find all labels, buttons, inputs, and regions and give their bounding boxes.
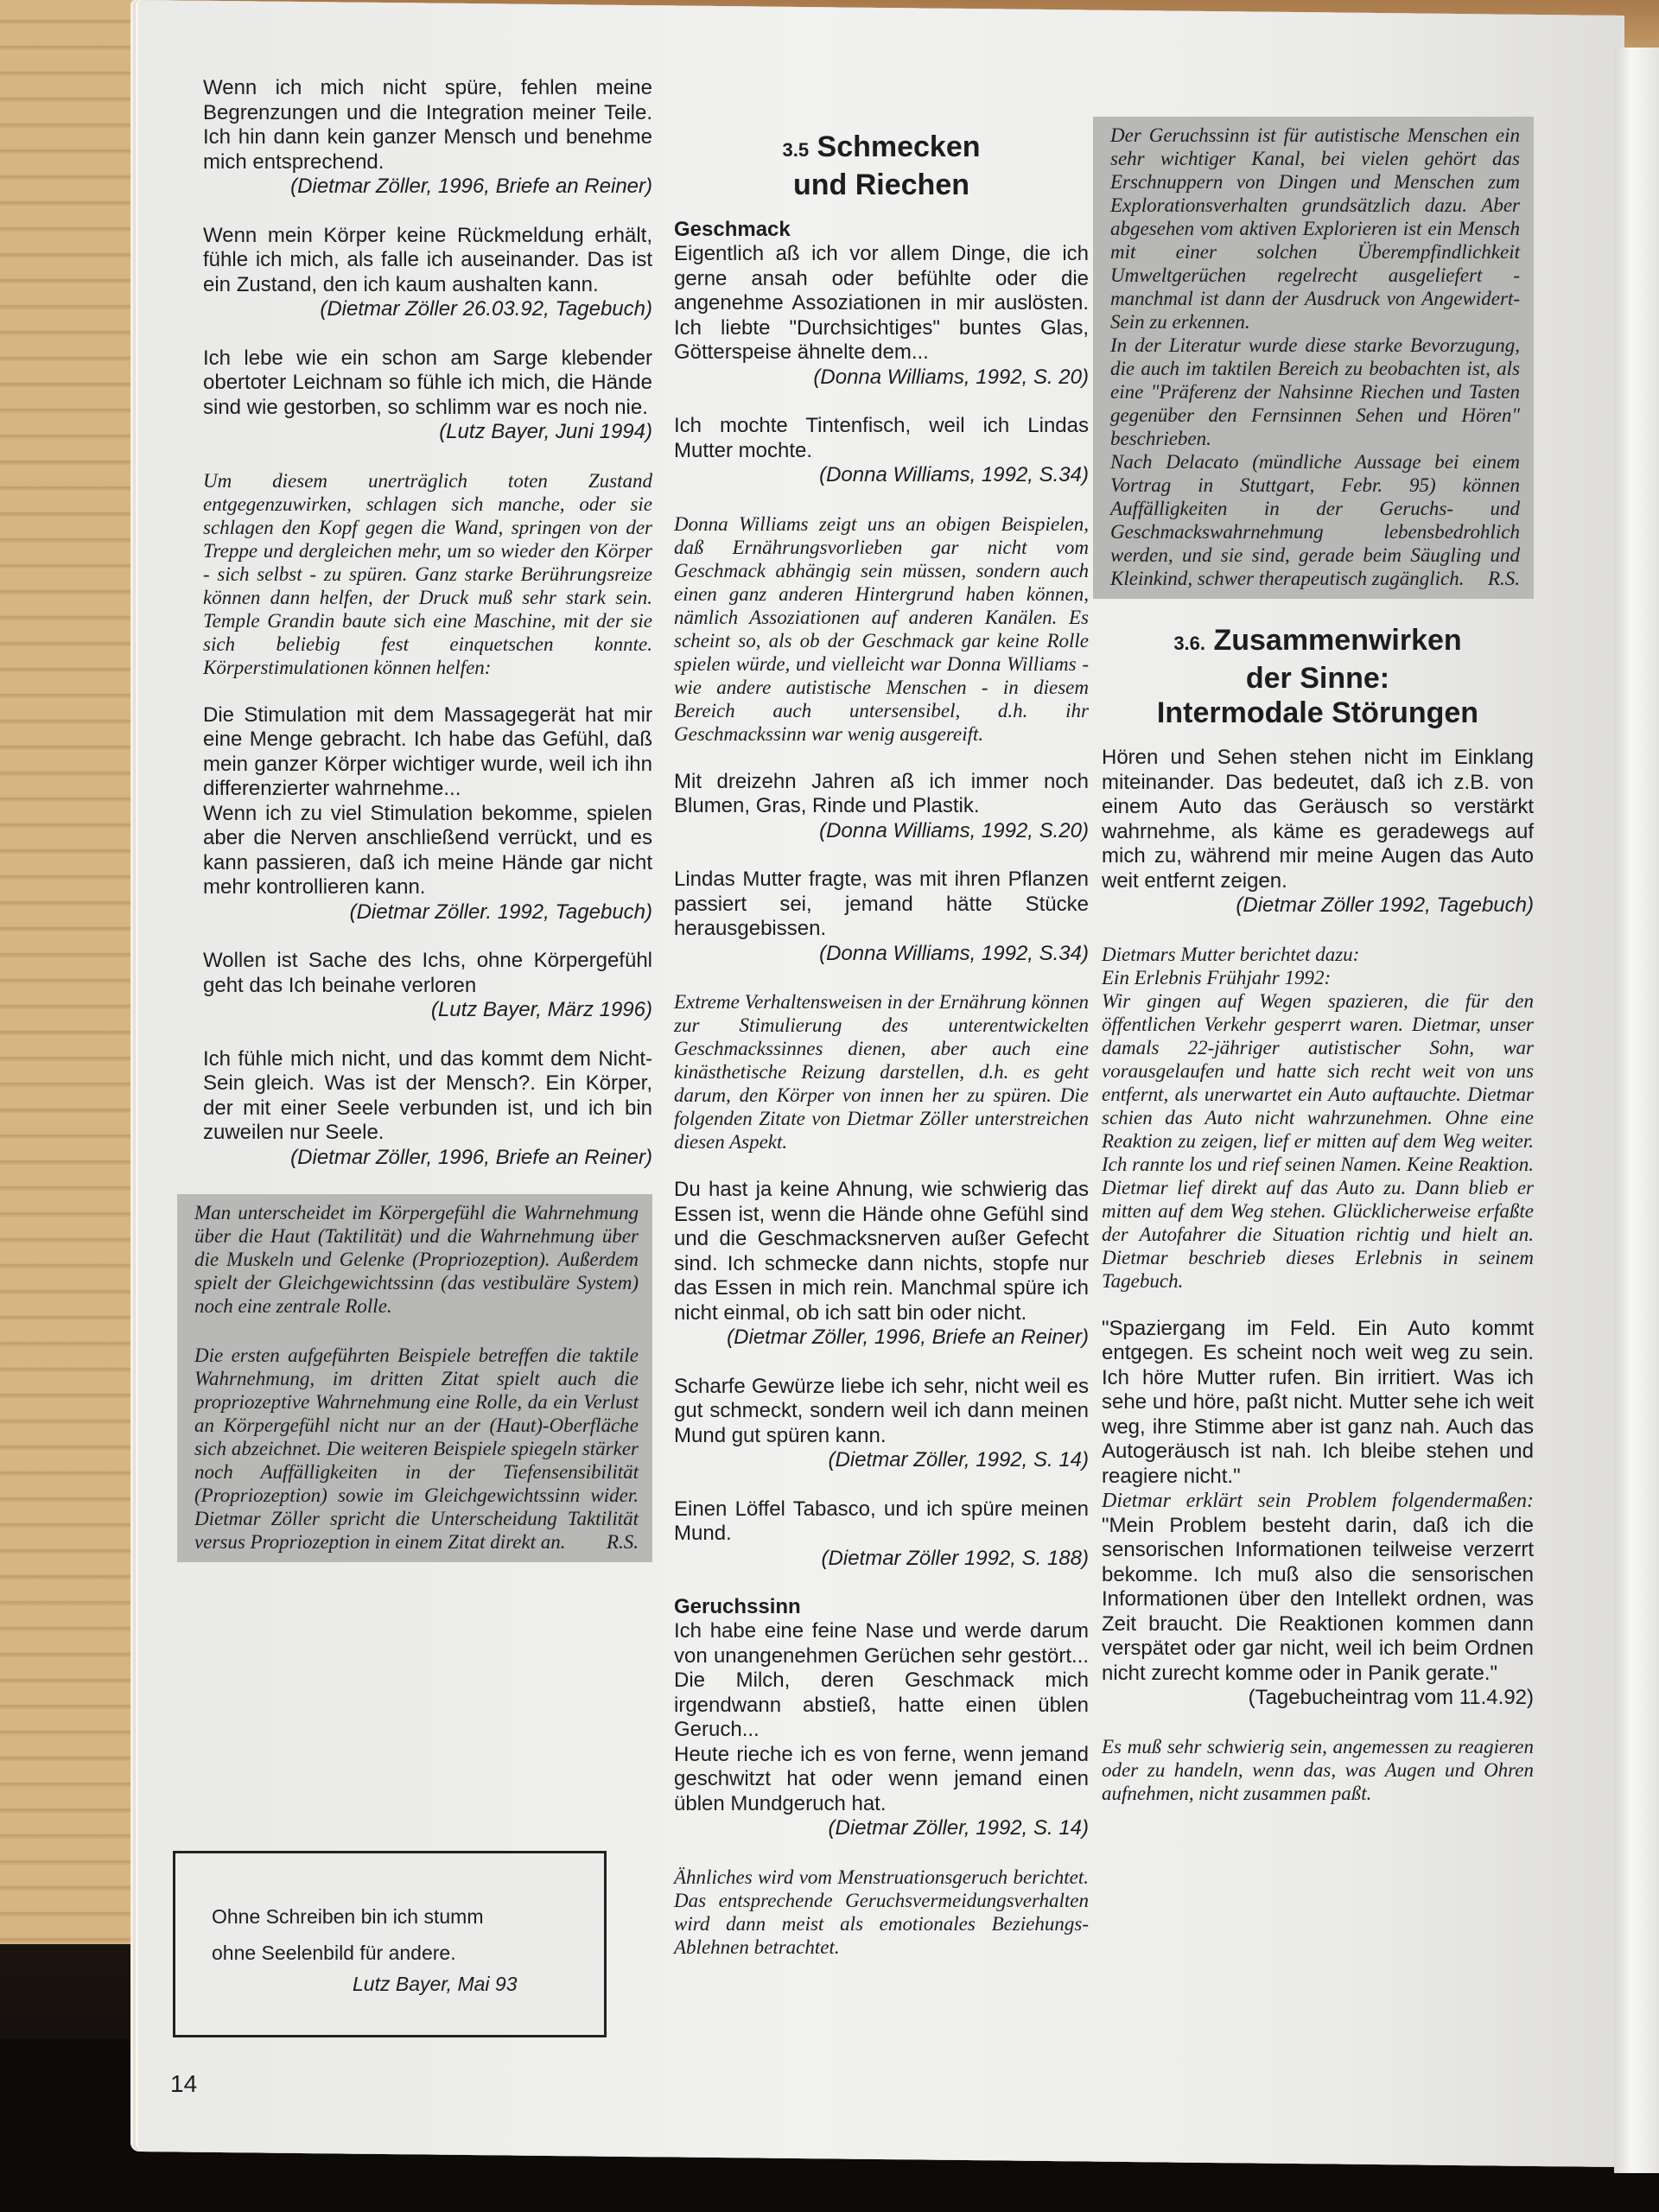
middle-column: 3.5 Schmecken und Riechen Geschmack Eige… [674,130,1089,1983]
quote-text: Hören und Sehen stehen nicht im Einklang… [1102,746,1534,893]
right-column: Der Geruchssinn ist für autistische Mens… [1102,117,1534,1829]
framed-quote-text: Ohne Schreiben bin ich stumm ohne Seelen… [212,1898,484,1971]
report-intro: Dietmars Mutter berichtet dazu: [1102,943,1534,966]
author-initials: R.S. [607,1530,639,1554]
diary-quote: "Spaziergang im Feld. Ein Auto kommt ent… [1102,1317,1534,1490]
box-paragraph: Man unterscheidet im Körpergefühl die Wa… [194,1201,639,1318]
wooden-table-left [0,0,147,1944]
quote-text: Lindas Mutter fragte, was mit ihren Pfla… [674,868,1089,942]
framed-quote-author: Lutz Bayer, Mai 93 [353,1973,518,1996]
quote-text: Scharfe Gewürze liebe ich sehr, nicht we… [674,1375,1089,1449]
box-paragraph: Nach Delacato (mündliche Aussage bei ein… [1110,450,1520,590]
quote-text: Die Stimulation mit dem Massagegerät hat… [203,703,652,802]
report-text: Wir gingen auf Wegen spazieren, die für … [1102,989,1534,1293]
gray-commentary-box: Man unterscheidet im Körpergefühl die Wa… [177,1194,652,1562]
quote-text: Ich mochte Tintenfisch, weil ich Lindas … [674,414,1089,463]
framed-quote-box: Ohne Schreiben bin ich stumm ohne Seelen… [173,1851,607,2037]
box-paragraph: Die ersten aufgeführten Beispiele betref… [194,1344,639,1554]
quote-citation: (Dietmar Zöller, 1996, Briefe an Reiner) [674,1325,1089,1351]
quote-text: Mit dreizehn Jahren aß ich immer noch Bl… [674,770,1089,819]
quote-citation: (Dietmar Zöller, 1992, S. 14) [674,1448,1089,1473]
quote-citation: (Dietmar Zöller, 1992, S. 14) [674,1816,1089,1841]
quote-text: Ich lebe wie ein schon am Sarge klebende… [203,346,652,421]
quote-citation: (Dietmar Zöller, 1996, Briefe an Reiner) [203,175,652,200]
quote-text: Heute rieche ich es von ferne, wenn jema… [674,1743,1089,1817]
quote-citation: (Dietmar Zöller, 1996, Briefe an Reiner) [203,1146,652,1171]
section-heading: 3.6. Zusammenwirken der Sinne: Intermoda… [1102,623,1534,730]
quote-text: Wenn ich zu viel Stimulation bekomme, sp… [203,802,652,900]
report-intro: Ein Erlebnis Frühjahr 1992: [1102,966,1534,989]
quote-text: Wollen ist Sache des Ichs, ohne Körperge… [203,949,652,998]
quote-text: Einen Löffel Tabasco, und ich spüre mein… [674,1497,1089,1547]
gray-commentary-box: Der Geruchssinn ist für autistische Mens… [1093,117,1534,599]
quote-citation: (Dietmar Zöller 1992, S. 188) [674,1547,1089,1572]
commentary-paragraph: Extreme Verhaltensweisen in der Ernährun… [674,990,1089,1154]
quote-citation: (Dietmar Zöller 1992, Tagebuch) [1102,893,1534,918]
commentary-paragraph: Um diesem unerträglich toten Zustand ent… [203,469,652,679]
quote-text: Du hast ja keine Ahnung, wie schwierig d… [674,1178,1089,1325]
box-paragraph: Der Geruchssinn ist für autistische Mens… [1110,124,1520,334]
quote-text: Eigentlich aß ich vor allem Dinge, die i… [674,242,1089,365]
quote-citation: (Donna Williams, 1992, S. 20) [674,365,1089,391]
quote-citation: (Lutz Bayer, März 1996) [203,998,652,1023]
quote-citation: (Lutz Bayer, Juni 1994) [203,420,652,445]
commentary-paragraph: Ähnliches wird vom Menstruationsgeruch b… [674,1866,1089,1959]
quote-citation: (Tagebucheintrag vom 11.4.92) [1102,1686,1534,1711]
quote-citation: (Donna Williams, 1992, S.20) [674,819,1089,844]
page-spine [1614,48,1659,2173]
quote-text: Ich fühle mich nicht, und das kommt dem … [203,1047,652,1146]
closing-commentary: Es muß sehr schwierig sein, angemessen z… [1102,1735,1534,1805]
subheading-geschmack: Geschmack [674,218,1089,242]
subheading-geruchssinn: Geruchssinn [674,1595,1089,1619]
quote-citation: (Donna Williams, 1992, S.34) [674,463,1089,488]
diary-explanation: Dietmar erklärt sein Problem folgenderma… [1102,1489,1534,1686]
quote-text: Ich habe eine feine Nase und werde darum… [674,1619,1089,1743]
quote-citation: (Donna Williams, 1992, S.34) [674,942,1089,967]
quote-text: Wenn ich mich nicht spüre, fehlen meine … [203,76,652,175]
quote-text: Wenn mein Körper keine Rückmeldung erhäl… [203,224,652,298]
quote-citation: (Dietmar Zöller. 1992, Tagebuch) [203,900,652,925]
quote-citation: (Dietmar Zöller 26.03.92, Tagebuch) [203,297,652,322]
author-initials: R.S. [1488,567,1520,590]
page-number: 14 [170,2070,197,2098]
box-paragraph: In der Literatur wurde diese starke Bevo… [1110,334,1520,450]
left-column: Wenn ich mich nicht spüre, fehlen meine … [203,76,652,1597]
commentary-paragraph: Donna Williams zeigt uns an obigen Beisp… [674,512,1089,746]
section-heading: 3.5 Schmecken und Riechen [674,130,1089,202]
